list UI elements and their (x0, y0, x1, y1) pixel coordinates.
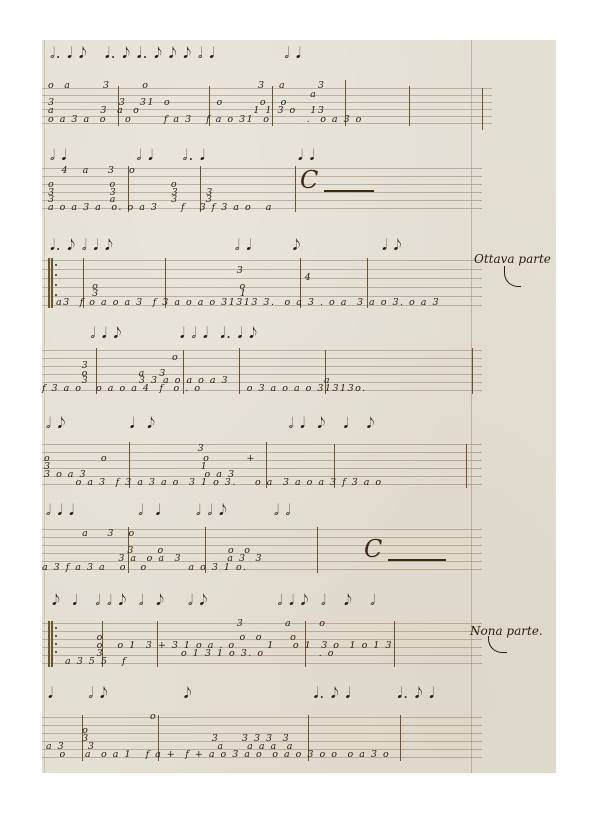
section-label-swash (488, 636, 507, 653)
double-barline (51, 258, 53, 308)
rhythm-flags: 𝅘𝅥𝅮 𝅘𝅥 𝅗𝅥 𝅗𝅥 𝅘𝅥𝅮 𝅗𝅥 𝅘𝅥𝅮 𝅗𝅥 𝅘𝅥𝅮 𝅗𝅥 𝅘𝅥 𝅘𝅥𝅮… (52, 593, 376, 608)
repeat-flourish-mark: C (300, 166, 318, 194)
barline (317, 527, 318, 573)
tab-line: a 3 f a 3 a o o a o 3 1 o. (42, 563, 311, 573)
tab-line: 4 a 3 o (48, 166, 136, 176)
barline (482, 88, 483, 130)
rhythm-flags: 𝅗𝅥 𝅘𝅥 𝅗𝅥 𝅘𝅥 𝅗𝅥. 𝅘𝅥 𝅘𝅥 𝅘𝅥 (50, 148, 315, 163)
repeat-flourish-mark: C (364, 535, 382, 563)
barline (400, 715, 401, 761)
tab-line: 3 a o (56, 619, 327, 629)
rhythm-flags: 𝅗𝅥. 𝅘𝅥 𝅘𝅥𝅮 𝅘𝅥. 𝅘𝅥𝅮 𝅘𝅥. 𝅘𝅥𝅮 𝅘𝅥𝅮 𝅘𝅥𝅮 𝅗𝅥 𝅘𝅥… (50, 46, 302, 61)
flourish-tail (388, 559, 446, 561)
section-label-swash (504, 266, 521, 287)
double-barline (48, 258, 50, 308)
tab-line: a o a 3 a o. o a 3 f 3 f 3 a o a (48, 203, 273, 213)
double-barline (51, 621, 53, 667)
staff-line (42, 260, 482, 261)
tab-line: o a 3 a o o f a 3 f a o 31 o . o a 3 o (48, 115, 363, 125)
tab-line: a3 f o a o a 3 f 3 a o a o 31313 3. o a … (56, 298, 440, 308)
rhythm-flags: 𝅘𝅥 𝅗𝅥 𝅘𝅥𝅮 𝅘𝅥𝅮 𝅘𝅥. 𝅘𝅥𝅮 𝅘𝅥 𝅘𝅥. 𝅘𝅥𝅮 𝅘𝅥 (48, 686, 435, 701)
tab-line: o a o a 1 f a + f + a o 3 a o o a o 3 o … (46, 750, 390, 760)
tab-line: o a 3 f 3 a 3 a o 3 1 o 3. o a 3 a o a 3… (44, 478, 383, 488)
rhythm-flags: 𝅘𝅥. 𝅘𝅥𝅮 𝅗𝅥 𝅘𝅥 𝅘𝅥𝅮 𝅗𝅥 𝅘𝅥 𝅘𝅥𝅮 𝅘𝅥 𝅘𝅥𝅮 (50, 238, 402, 253)
barline (466, 444, 467, 488)
tab-line: a 3 5 5 f (56, 657, 127, 667)
barline (409, 86, 410, 126)
staff-line (42, 350, 482, 351)
staff-line (42, 176, 482, 177)
manuscript-page: 𝅗𝅥. 𝅘𝅥 𝅘𝅥𝅮 𝅘𝅥. 𝅘𝅥𝅮 𝅘𝅥. 𝅘𝅥𝅮 𝅘𝅥𝅮 𝅘𝅥𝅮 𝅗𝅥 𝅘𝅥… (42, 40, 556, 773)
barline (394, 621, 395, 667)
flourish-tail (324, 190, 374, 192)
tab-line: f 3 a o o a o a 4 f o . o o 3 a o a o 31… (42, 384, 367, 394)
rhythm-flags: 𝅗𝅥 𝅘𝅥𝅮 𝅘𝅥 𝅘𝅥𝅮 𝅗𝅥 𝅘𝅥 𝅘𝅥𝅮 𝅘𝅥 𝅘𝅥𝅮 (46, 416, 375, 431)
rhythm-flags: 𝅗𝅥 𝅘𝅥 𝅘𝅥 𝅗𝅥 𝅘𝅥 𝅗𝅥 𝅗𝅥 𝅘𝅥𝅮 𝅗𝅥 𝅗𝅥 (46, 503, 291, 518)
rhythm-flags: 𝅗𝅥 𝅘𝅥 𝅘𝅥𝅮 𝅘𝅥 𝅗𝅥 𝅘𝅥 𝅘𝅥. 𝅘𝅥 𝅘𝅥𝅮 (50, 326, 258, 341)
barline (295, 166, 296, 212)
section-label-ottava-parte: Ottava parte (474, 252, 551, 266)
tab-line: o (46, 712, 279, 722)
barline (472, 348, 473, 394)
double-barline (48, 621, 50, 667)
